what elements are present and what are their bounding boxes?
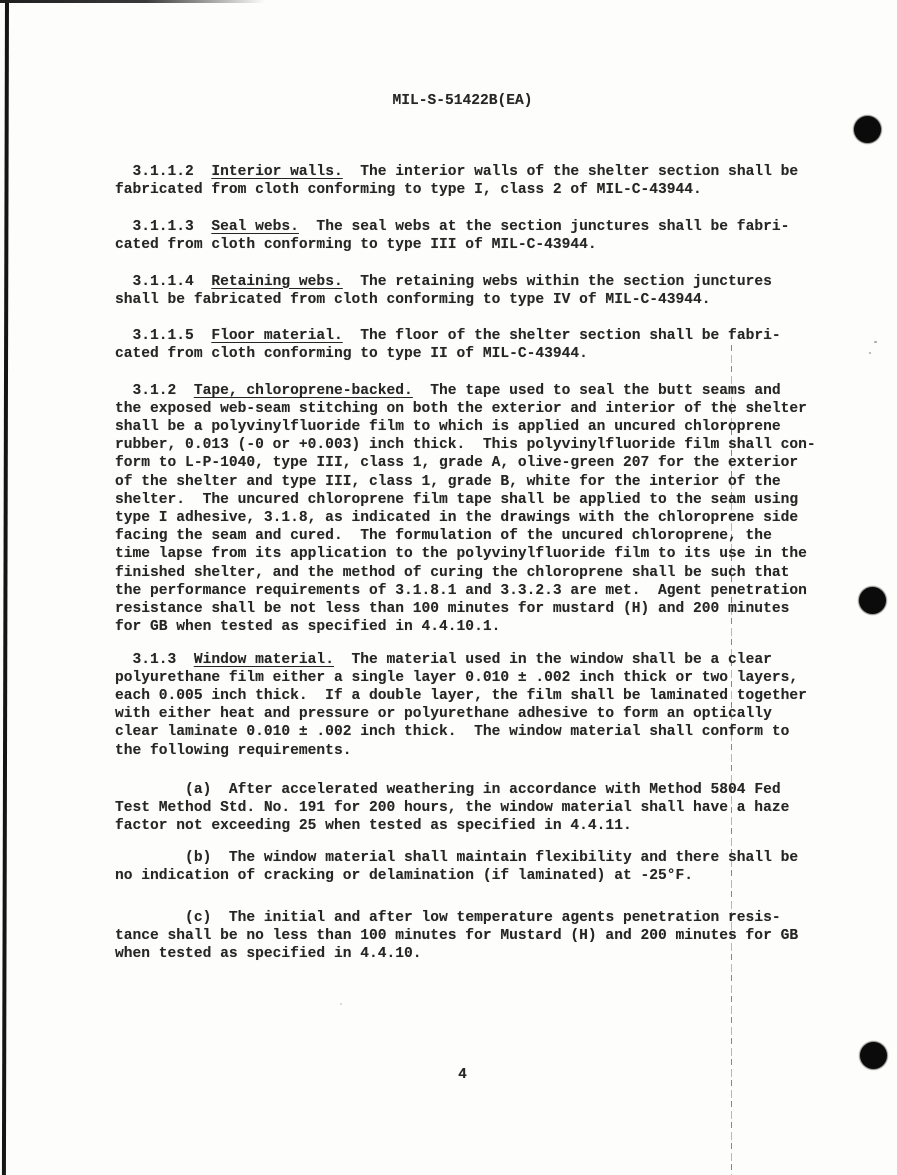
paragraph-number: 3.1.2 (115, 383, 194, 399)
paragraph-heading: Retaining webs. (211, 274, 342, 290)
paragraph-3-1-3: 3.1.3 Window material. The material used… (115, 651, 835, 760)
paragraph-item-a: (a) After accelerated weathering in acco… (115, 781, 835, 836)
paragraph-number: (c) (115, 910, 229, 926)
paragraph-number: 3.1.1.2 (115, 164, 211, 180)
punch-hole-dot-middle (859, 587, 886, 614)
paragraph-number: (a) (115, 782, 229, 798)
paragraph-heading: Floor material. (211, 328, 342, 344)
scan-speck (340, 1003, 342, 1005)
scan-speck (874, 341, 877, 343)
paragraph-heading: Tape, chloroprene-backed. (194, 383, 413, 399)
paragraph-item-b: (b) The window material shall maintain f… (115, 849, 835, 885)
paragraph-3-1-1-2: 3.1.1.2 Interior walls. The interior wal… (115, 163, 835, 199)
paragraph-body: The tape used to seal the butt seams and… (115, 383, 816, 636)
scan-speck (869, 352, 871, 354)
paragraph-number: (b) (115, 850, 229, 866)
page-number: 4 (115, 1066, 810, 1084)
paragraph-3-1-1-5: 3.1.1.5 Floor material. The floor of the… (115, 327, 835, 363)
paragraph-3-1-1-3: 3.1.1.3 Seal webs. The seal webs at the … (115, 218, 835, 254)
paragraph-heading: Interior walls. (211, 164, 342, 180)
page-left-border-line (2, 0, 9, 1175)
paragraph-number: 3.1.1.5 (115, 328, 211, 344)
paragraph-number: 3.1.1.3 (115, 219, 211, 235)
paragraph-3-1-2: 3.1.2 Tape, chloroprene-backed. The tape… (115, 382, 835, 637)
punch-hole-dot-bottom (860, 1042, 887, 1069)
page-top-border-line (0, 0, 265, 3)
paragraph-item-c: (c) The initial and after low temperatur… (115, 909, 835, 964)
paragraph-number: 3.1.3 (115, 652, 194, 668)
scanned-document-page: MIL-S-51422B(EA) 3.1.1.2 Interior walls.… (0, 0, 897, 1175)
paragraph-3-1-1-4: 3.1.1.4 Retaining webs. The retaining we… (115, 273, 835, 309)
paragraph-heading: Seal webs. (211, 219, 299, 235)
punch-hole-dot-top (854, 116, 881, 143)
document-number-header: MIL-S-51422B(EA) (115, 92, 810, 110)
paragraph-heading: Window material. (194, 652, 334, 668)
paragraph-number: 3.1.1.4 (115, 274, 211, 290)
